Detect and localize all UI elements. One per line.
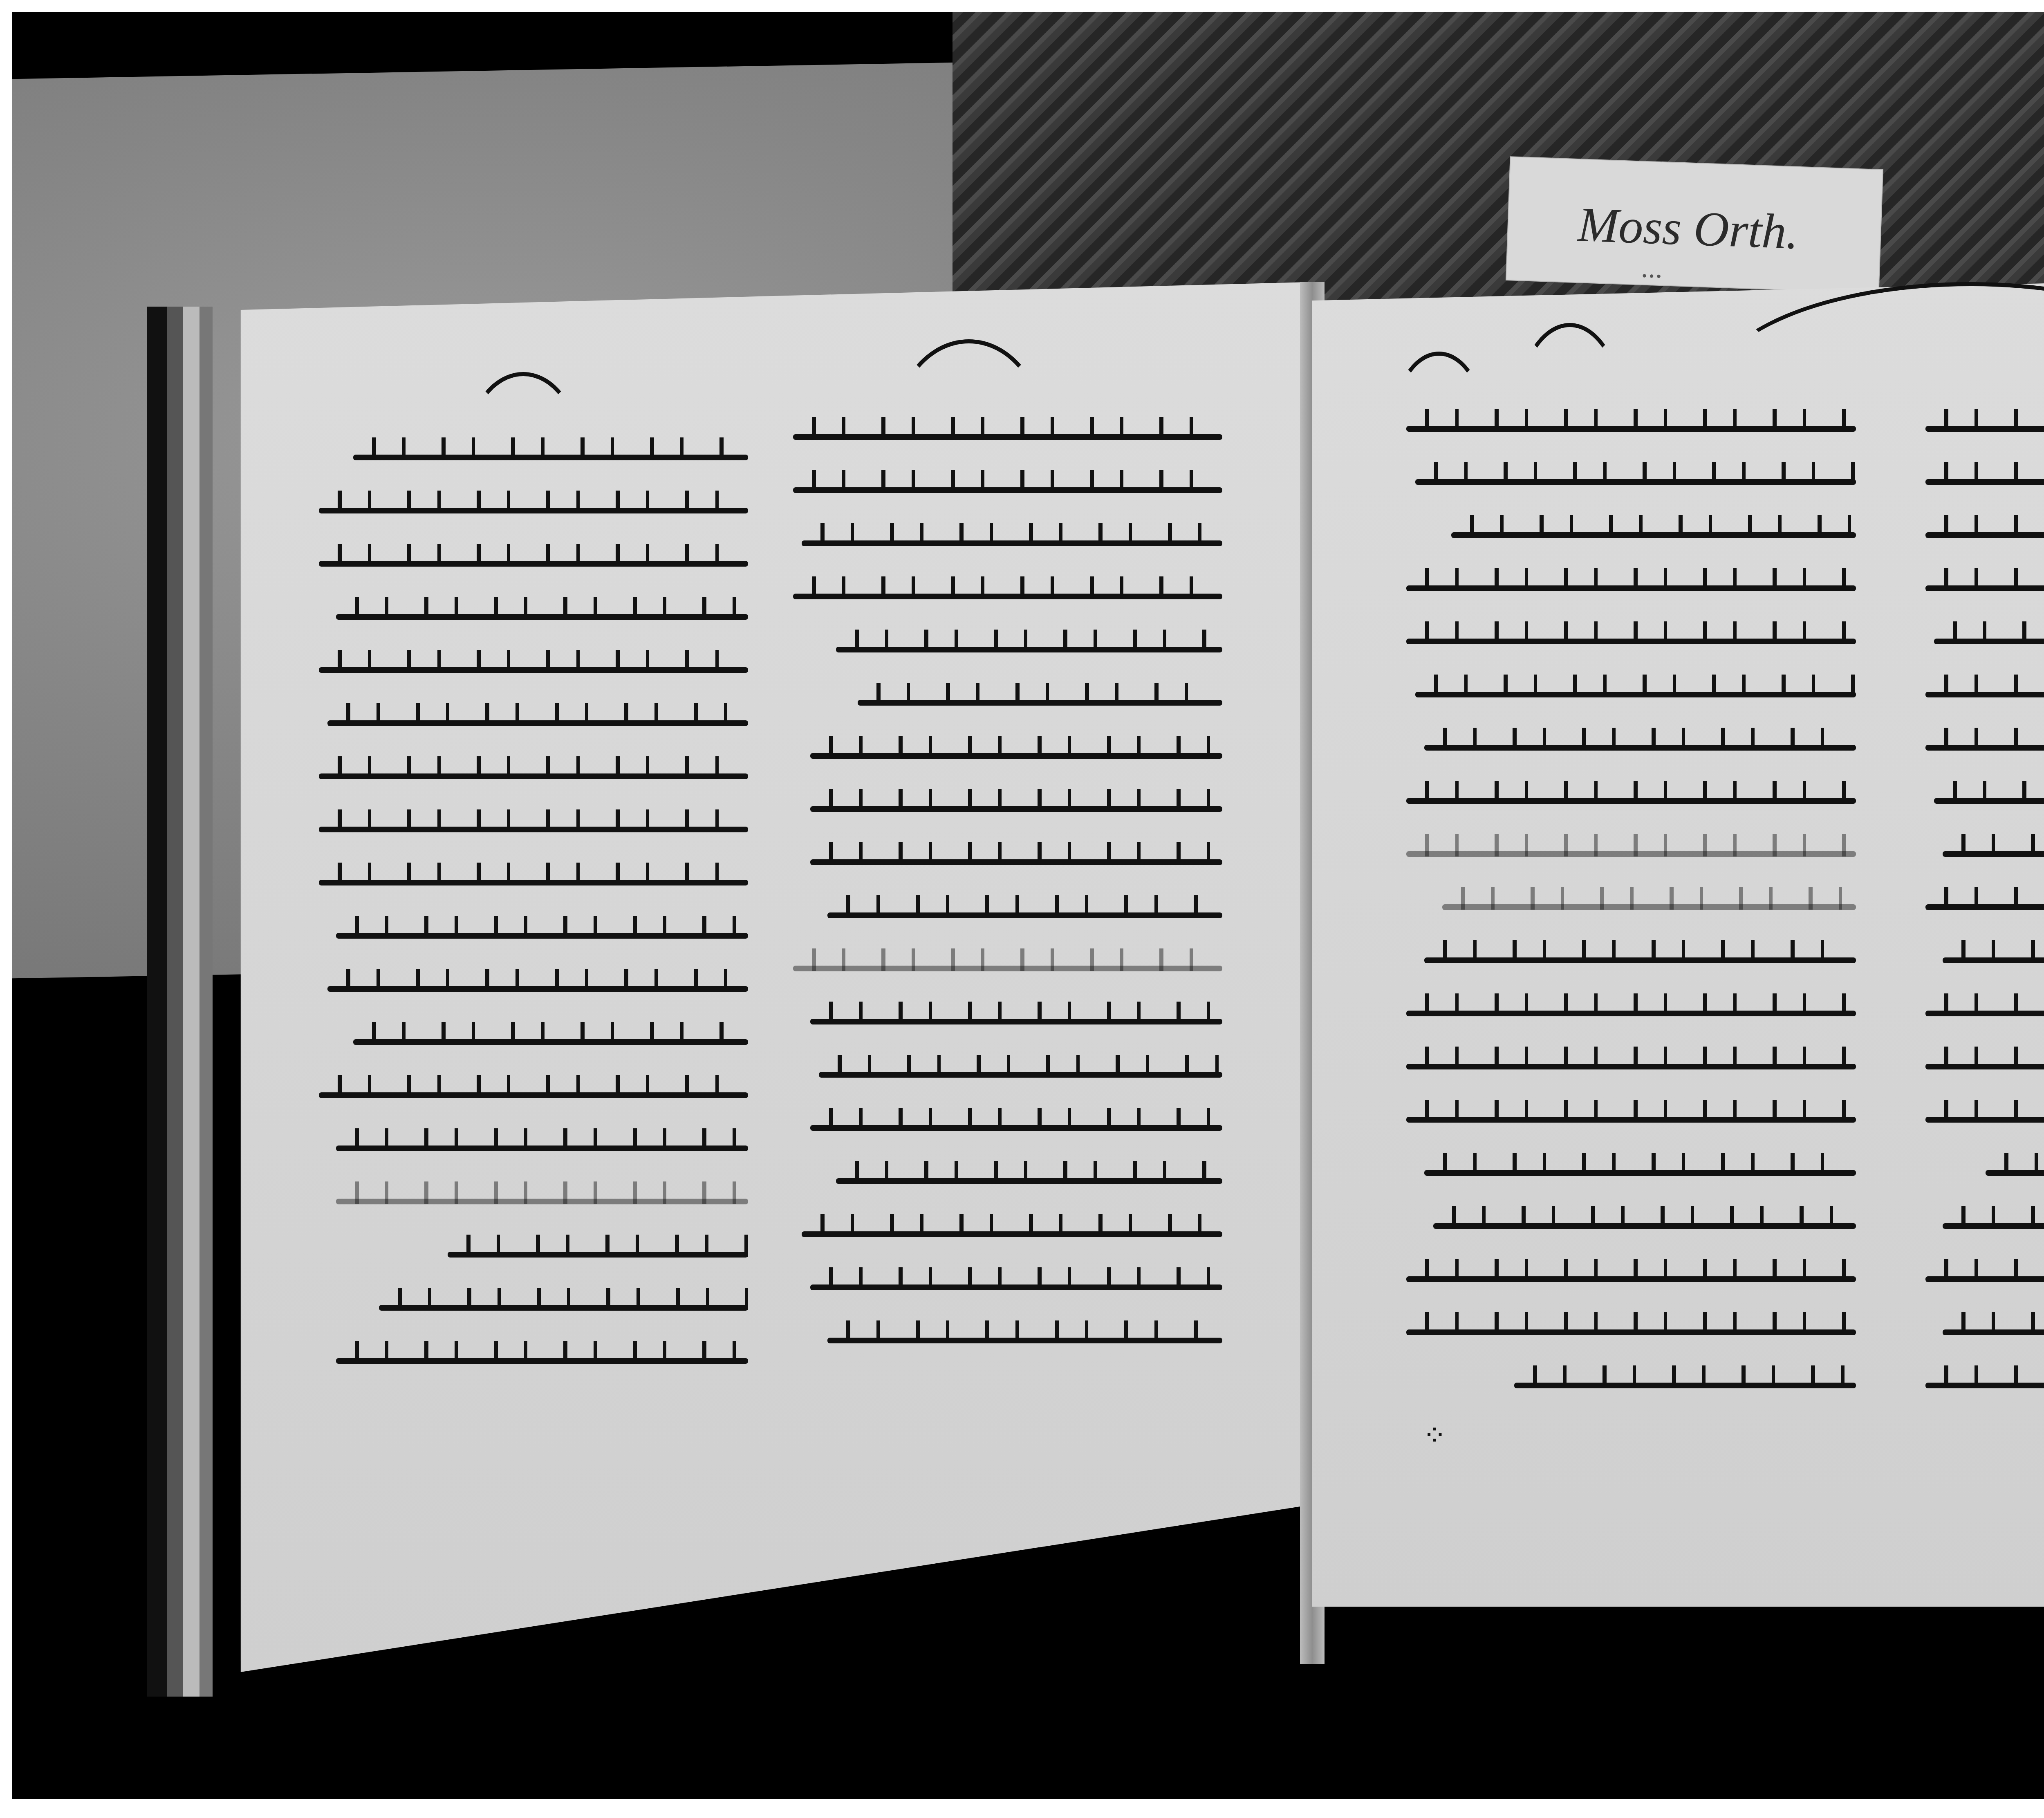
shelf-label-line1: Moss Orth. — [1577, 196, 1800, 260]
script-line — [1406, 462, 1856, 500]
script-line — [793, 789, 1222, 827]
script-line — [793, 523, 1222, 561]
script-line — [1406, 1365, 1856, 1403]
script-line — [319, 1235, 748, 1272]
script-line — [319, 703, 748, 741]
script-line — [1925, 887, 2044, 925]
script-line — [1925, 834, 2044, 872]
script-line — [1406, 409, 1856, 446]
script-line — [1406, 515, 1856, 553]
left-page-inner-column — [793, 417, 1222, 1358]
script-line — [1925, 1312, 2044, 1350]
script-line — [1925, 568, 2044, 606]
script-line — [1406, 728, 1856, 765]
script-line — [793, 895, 1222, 933]
script-line — [319, 1128, 748, 1166]
script-line — [1925, 728, 2044, 765]
script-line — [1406, 781, 1856, 818]
script-line — [1925, 621, 2044, 659]
script-line — [1925, 462, 2044, 500]
script-line — [319, 809, 748, 847]
book-cover-edge — [147, 307, 213, 1697]
script-line — [319, 1341, 748, 1379]
script-line — [1925, 675, 2044, 712]
script-line — [319, 916, 748, 953]
script-line — [1925, 515, 2044, 553]
right-page-outer-column — [1925, 409, 2044, 1403]
script-line — [793, 1161, 1222, 1199]
script-line — [1406, 675, 1856, 712]
script-line — [319, 544, 748, 581]
script-line — [1406, 568, 1856, 606]
script-line — [793, 1214, 1222, 1252]
script-line — [1406, 834, 1856, 872]
script-line — [319, 650, 748, 688]
left-page-outer-column — [319, 437, 748, 1379]
script-line — [793, 1002, 1222, 1039]
script-line — [1925, 1153, 2044, 1190]
script-line — [1406, 1206, 1856, 1244]
script-line — [1925, 1365, 2044, 1403]
script-line — [319, 863, 748, 900]
script-line — [793, 683, 1222, 720]
script-line — [793, 470, 1222, 508]
script-line — [319, 597, 748, 634]
script-line — [1925, 993, 2044, 1031]
script-line — [793, 417, 1222, 455]
script-line — [319, 969, 748, 1007]
end-mark-ornament: ⁘ — [1423, 1419, 1447, 1452]
script-line — [319, 491, 748, 528]
script-line — [1925, 409, 2044, 446]
script-line — [793, 948, 1222, 986]
script-line — [319, 1181, 748, 1219]
script-line — [1406, 993, 1856, 1031]
script-line — [1925, 1100, 2044, 1137]
shelf-label-card: Moss Orth. ... — [1506, 157, 1883, 293]
script-line — [319, 756, 748, 794]
script-line — [1925, 781, 2044, 818]
script-line — [319, 1288, 748, 1325]
script-line — [793, 1320, 1222, 1358]
script-line — [793, 1267, 1222, 1305]
script-line — [1406, 1100, 1856, 1137]
script-line — [1406, 887, 1856, 925]
script-line — [793, 1108, 1222, 1145]
script-line — [1406, 1047, 1856, 1084]
script-line — [1925, 1259, 2044, 1297]
script-line — [1406, 1153, 1856, 1190]
script-line — [793, 630, 1222, 667]
script-line — [793, 576, 1222, 614]
script-line — [1406, 1259, 1856, 1297]
script-line — [793, 842, 1222, 880]
script-line — [793, 1055, 1222, 1092]
manuscript-book: ⁘ — [147, 274, 2044, 1705]
script-line — [1925, 1206, 2044, 1244]
script-line — [1406, 1312, 1856, 1350]
script-line — [319, 1075, 748, 1113]
photo-frame: Papers of Arrival in ... Moss Orth. ... — [12, 12, 2044, 1799]
script-line — [1925, 1047, 2044, 1084]
script-line — [1925, 940, 2044, 978]
script-line — [1406, 940, 1856, 978]
script-line — [1406, 621, 1856, 659]
script-line — [319, 1022, 748, 1060]
script-line — [319, 437, 748, 475]
script-line — [793, 736, 1222, 773]
right-page-inner-column — [1406, 409, 1856, 1403]
